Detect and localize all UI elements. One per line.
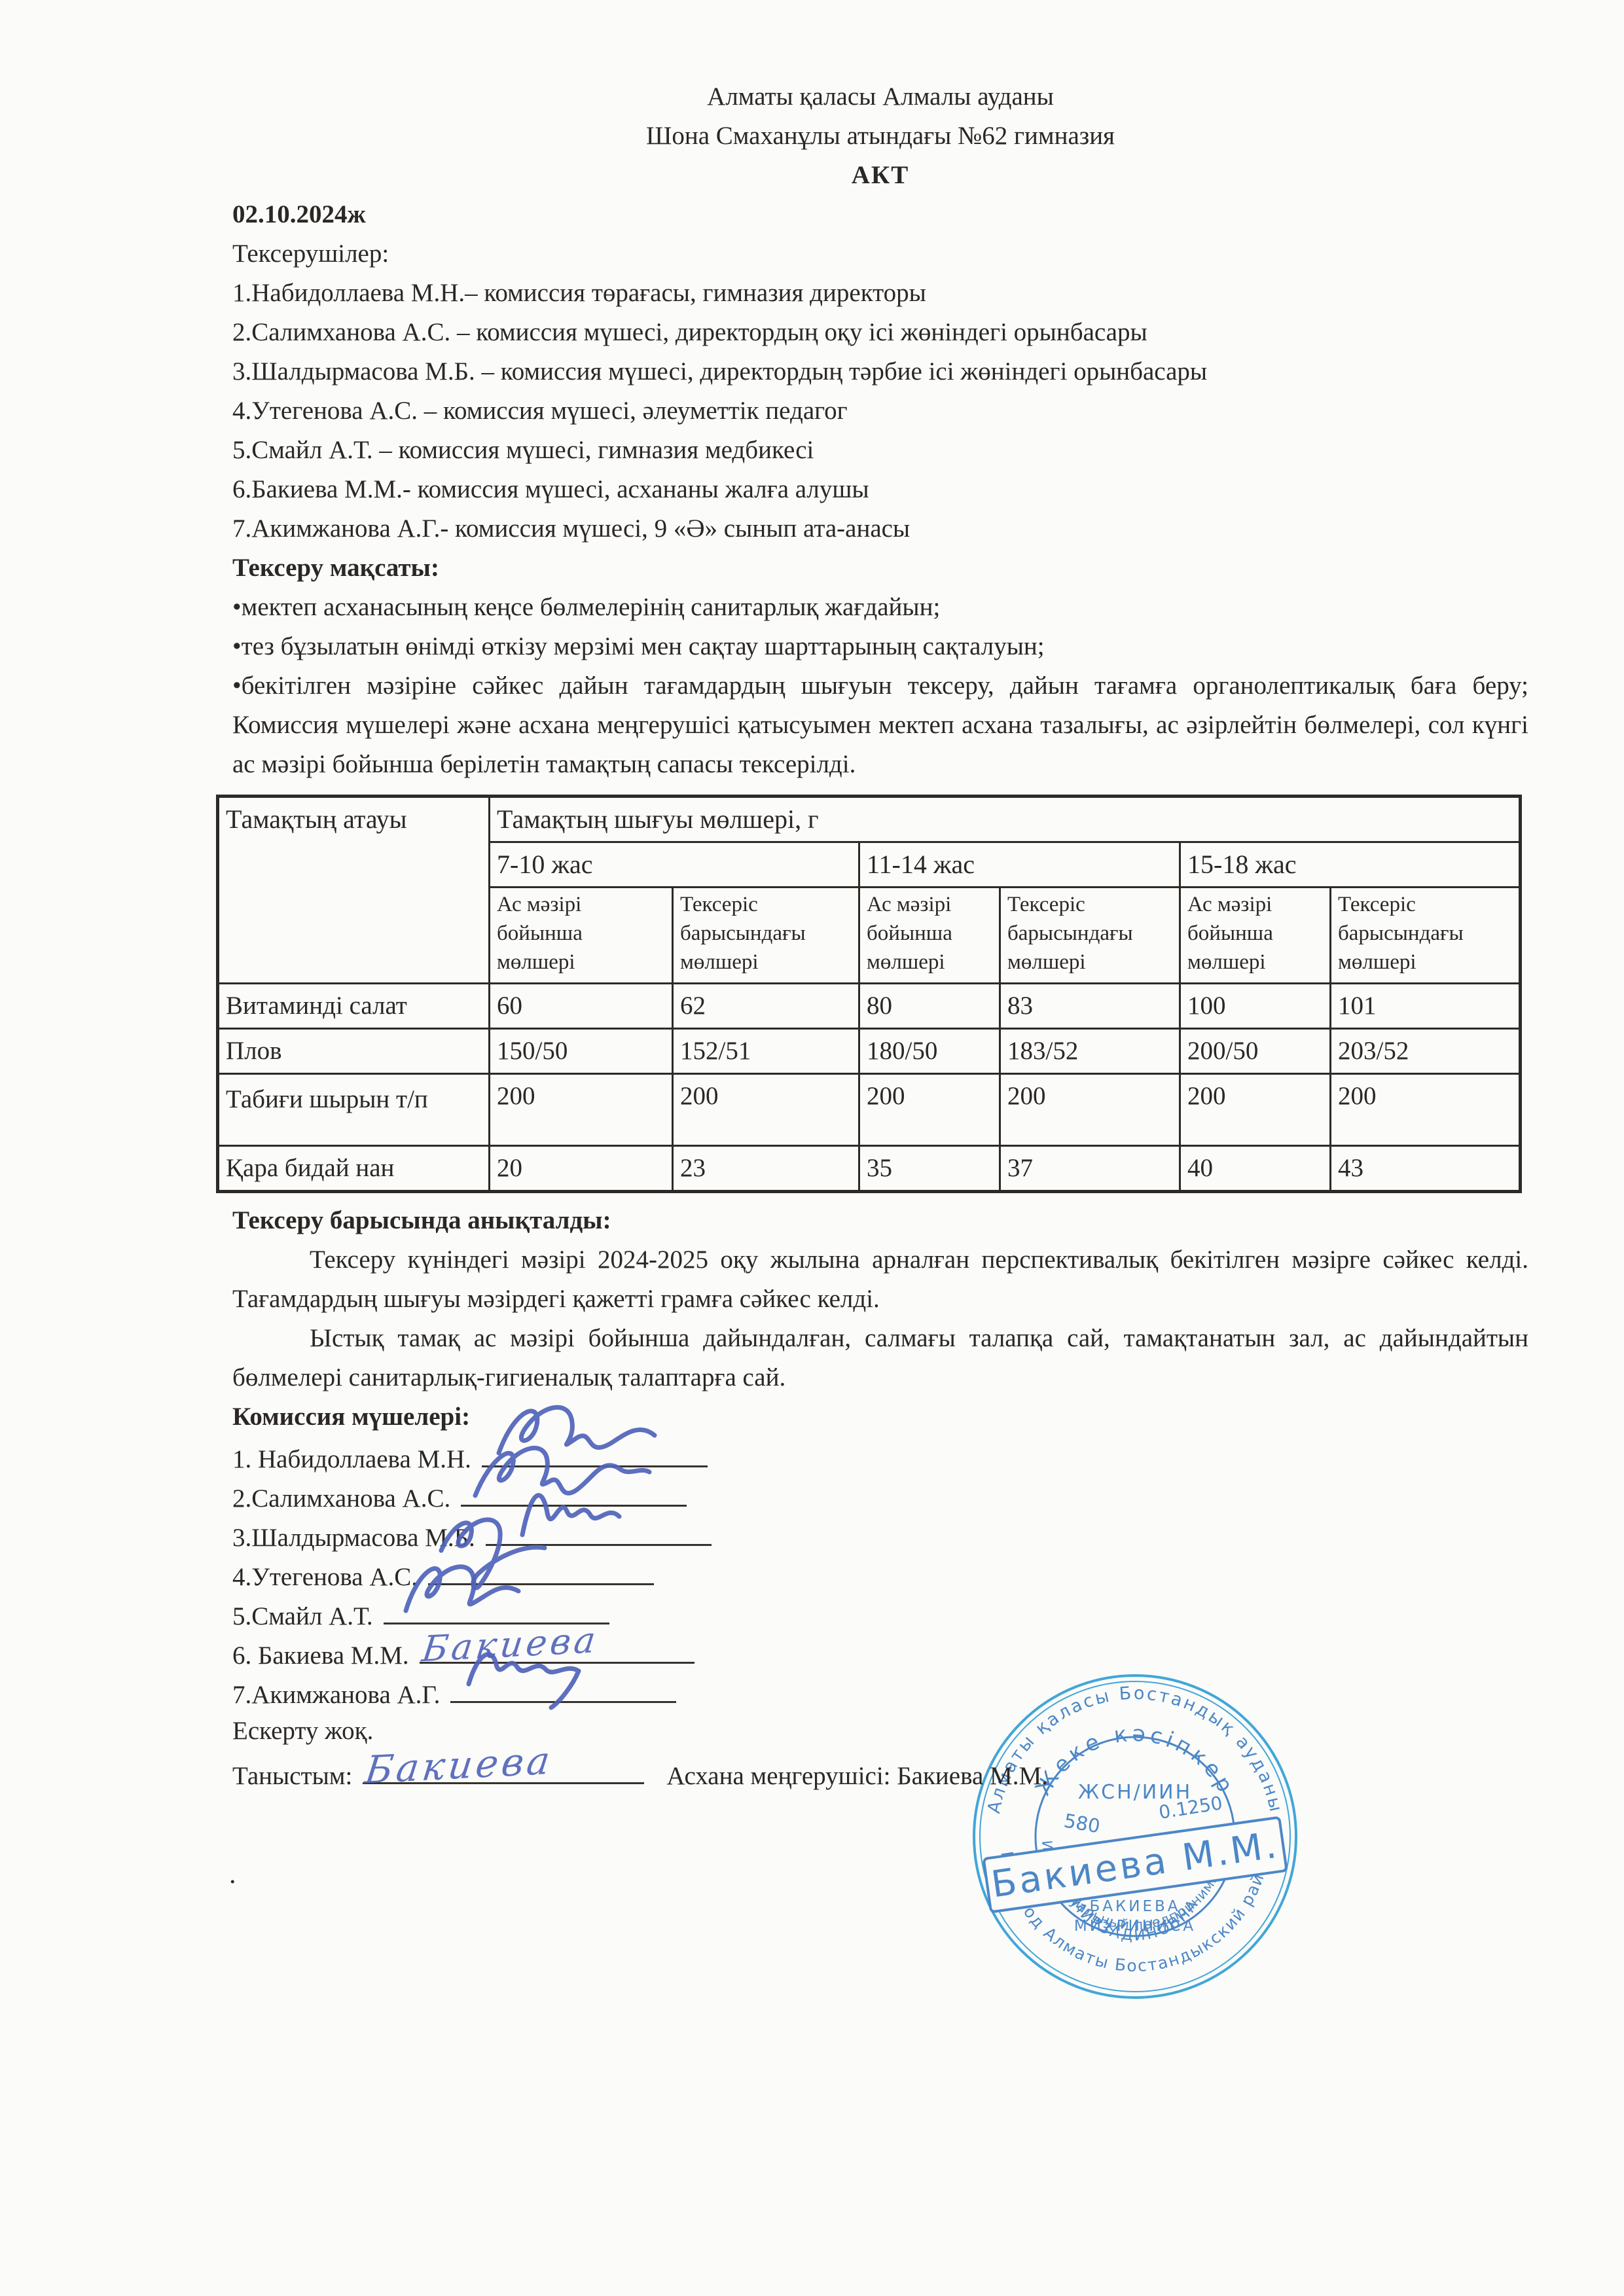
dish-value: 62 — [673, 984, 859, 1029]
inspectors-label: Тексерушілер: — [232, 234, 1528, 274]
acquainted-line: Таныстым:БакиеваАсхана меңгерушісі: Баки… — [232, 1751, 1528, 1797]
commission-member-row: 2.Салимханова А.С. — [232, 1476, 1528, 1515]
dish-value: 83 — [1000, 984, 1180, 1029]
member-name: 7.Акимжанова А.Г. — [232, 1681, 440, 1709]
findings-label: Тексеру барысында анықталды: — [232, 1201, 1528, 1240]
dish-value: 60 — [490, 984, 673, 1029]
header-line-1: Алматы қаласы Алмалы ауданы — [232, 77, 1528, 117]
dish-value: 43 — [1331, 1146, 1521, 1192]
inspector-item: 1.Набидоллаева М.Н.– комиссия төрағасы, … — [232, 274, 1528, 313]
dish-value: 200 — [1331, 1074, 1521, 1146]
inspector-item: 5.Смайл А.Т. – комиссия мүшесі, гимназия… — [232, 431, 1528, 470]
table-header-age-7-10: 7-10 жас — [490, 842, 859, 888]
table-header-span: Тамақтың шығуы мөлшері, г — [490, 797, 1521, 842]
canteen-manager-line: Асхана меңгерушісі: Бакиева М.М. — [666, 1762, 1048, 1790]
dish-value: 101 — [1331, 984, 1521, 1029]
header-line-2: Шона Смаханұлы атындағы №62 гимназия — [232, 117, 1528, 156]
findings-paragraph: Ыстық тамақ ас мәзірі бойынша дайындалға… — [232, 1319, 1528, 1397]
table-subheader-check: Тексеріс барысындағы мөлшері — [673, 888, 859, 984]
signature-line — [450, 1672, 676, 1703]
signature-ink — [388, 1548, 584, 1633]
dish-value: 183/52 — [1000, 1029, 1180, 1074]
dish-name: Қара бидай нан — [218, 1146, 490, 1192]
dish-value: 200 — [1000, 1074, 1180, 1146]
dish-value: 20 — [490, 1146, 673, 1192]
commission-member-row: 7.Акимжанова А.Г. — [232, 1672, 1528, 1712]
member-name: 2.Салимханова А.С. — [232, 1484, 450, 1513]
dish-value: 80 — [859, 984, 1000, 1029]
dish-value: 152/51 — [673, 1029, 859, 1074]
dish-value: 200 — [490, 1074, 673, 1146]
inspector-item: 7.Акимжанова А.Г.- комиссия мүшесі, 9 «Ә… — [232, 509, 1528, 548]
stamp-id-number-left: 580 — [1062, 1809, 1102, 1837]
dish-value: 180/50 — [859, 1029, 1000, 1074]
acquainted-label: Таныстым: — [232, 1762, 352, 1790]
inspector-item: 6.Бакиева М.М.- комиссия мүшесі, асханан… — [232, 470, 1528, 509]
document-date: 02.10.2024ж — [232, 195, 1528, 234]
dish-value: 40 — [1180, 1146, 1331, 1192]
table-header-age-15-18: 15-18 жас — [1180, 842, 1521, 888]
member-name: 5.Смайл А.Т. — [232, 1602, 373, 1630]
dish-value: 200/50 — [1180, 1029, 1331, 1074]
inspector-item: 4.Утегенова А.С. – комиссия мүшесі, әлеу… — [232, 391, 1528, 431]
dish-name: Витаминді салат — [218, 984, 490, 1029]
document-title: АКТ — [232, 156, 1528, 195]
table-row: Қара бидай нан 20 23 35 37 40 43 — [218, 1146, 1521, 1192]
table-subheader-check: Тексеріс барысындағы мөлшері — [1331, 888, 1521, 984]
dish-value: 37 — [1000, 1146, 1180, 1192]
table-subheader-check: Тексеріс барысындағы мөлшері — [1000, 888, 1180, 984]
commission-member-row: 6. Бакиева М.М.Бакиева — [232, 1633, 1528, 1672]
table-row: Плов 150/50 152/51 180/50 183/52 200/50 … — [218, 1029, 1521, 1074]
table-header-age-11-14: 11-14 жас — [859, 842, 1180, 888]
purpose-label: Тексеру мақсаты: — [232, 548, 1528, 588]
stray-period-mark: . — [229, 1859, 236, 1890]
signature-ink — [454, 1626, 651, 1712]
member-name: 6. Бакиева М.М. — [232, 1641, 409, 1670]
dish-value: 150/50 — [490, 1029, 673, 1074]
food-portions-table: Тамақтың атауы Тамақтың шығуы мөлшері, г… — [216, 795, 1522, 1193]
scanned-act-document: Алматы қаласы Бостандық ауданы Жеке кәсі… — [0, 0, 1624, 2296]
document-body: Алматы қаласы Алмалы ауданы Шона Смаханұ… — [232, 77, 1528, 1797]
inspector-item: 2.Салимханова А.С. – комиссия мүшесі, ди… — [232, 313, 1528, 352]
findings-paragraph: Тексеру күніндегі мәзірі 2024-2025 оқу ж… — [232, 1240, 1528, 1319]
table-subheader-menu: Ас мәзірі бойынша мөлшері — [859, 888, 1000, 984]
purpose-item: •мектеп асханасының кеңсе бөлмелерінің с… — [232, 588, 1528, 627]
dish-value: 35 — [859, 1146, 1000, 1192]
dish-value: 200 — [859, 1074, 1000, 1146]
commission-member-row: 5.Смайл А.Т. — [232, 1594, 1528, 1633]
table-row: Табиғи шырын т/п 200 200 200 200 200 200 — [218, 1074, 1521, 1146]
purpose-item: •бекітілген мәзіріне сәйкес дайын тағамд… — [232, 666, 1528, 706]
table-subheader-menu: Ас мәзірі бойынша мөлшері — [490, 888, 673, 984]
stamp-person-line1: БАКИЕВА — [1089, 1898, 1180, 1915]
purpose-item: •тез бұзылатын өнімді өткізу мерзімі мен… — [232, 627, 1528, 666]
dish-name: Табиғи шырын т/п — [218, 1074, 490, 1146]
dish-value: 23 — [673, 1146, 859, 1192]
signature-line: Бакиева — [363, 1751, 644, 1784]
table-row: Витаминді салат 60 62 80 83 100 101 — [218, 984, 1521, 1029]
dish-value: 200 — [1180, 1074, 1331, 1146]
member-name: 1. Набидоллаева М.Н. — [232, 1445, 471, 1473]
dish-value: 100 — [1180, 984, 1331, 1029]
dish-value: 200 — [673, 1074, 859, 1146]
dish-value: 203/52 — [1331, 1029, 1521, 1074]
inspector-item: 3.Шалдырмасова М.Б. – комиссия мүшесі, д… — [232, 352, 1528, 391]
dish-name: Плов — [218, 1029, 490, 1074]
intro-paragraph: Комиссия мүшелері және асхана меңгерушіс… — [232, 706, 1528, 784]
commission-member-row: 1. Набидоллаева М.Н. — [232, 1437, 1528, 1476]
signature-handwriting: Бакиева — [363, 1740, 556, 1789]
stamp-banner-name: Бакиева М.М. — [988, 1823, 1282, 1906]
commission-label: Комиссия мүшелері: — [232, 1397, 1528, 1437]
table-header-name: Тамақтың атауы — [218, 797, 490, 984]
table-subheader-menu: Ас мәзірі бойынша мөлшері — [1180, 888, 1331, 984]
